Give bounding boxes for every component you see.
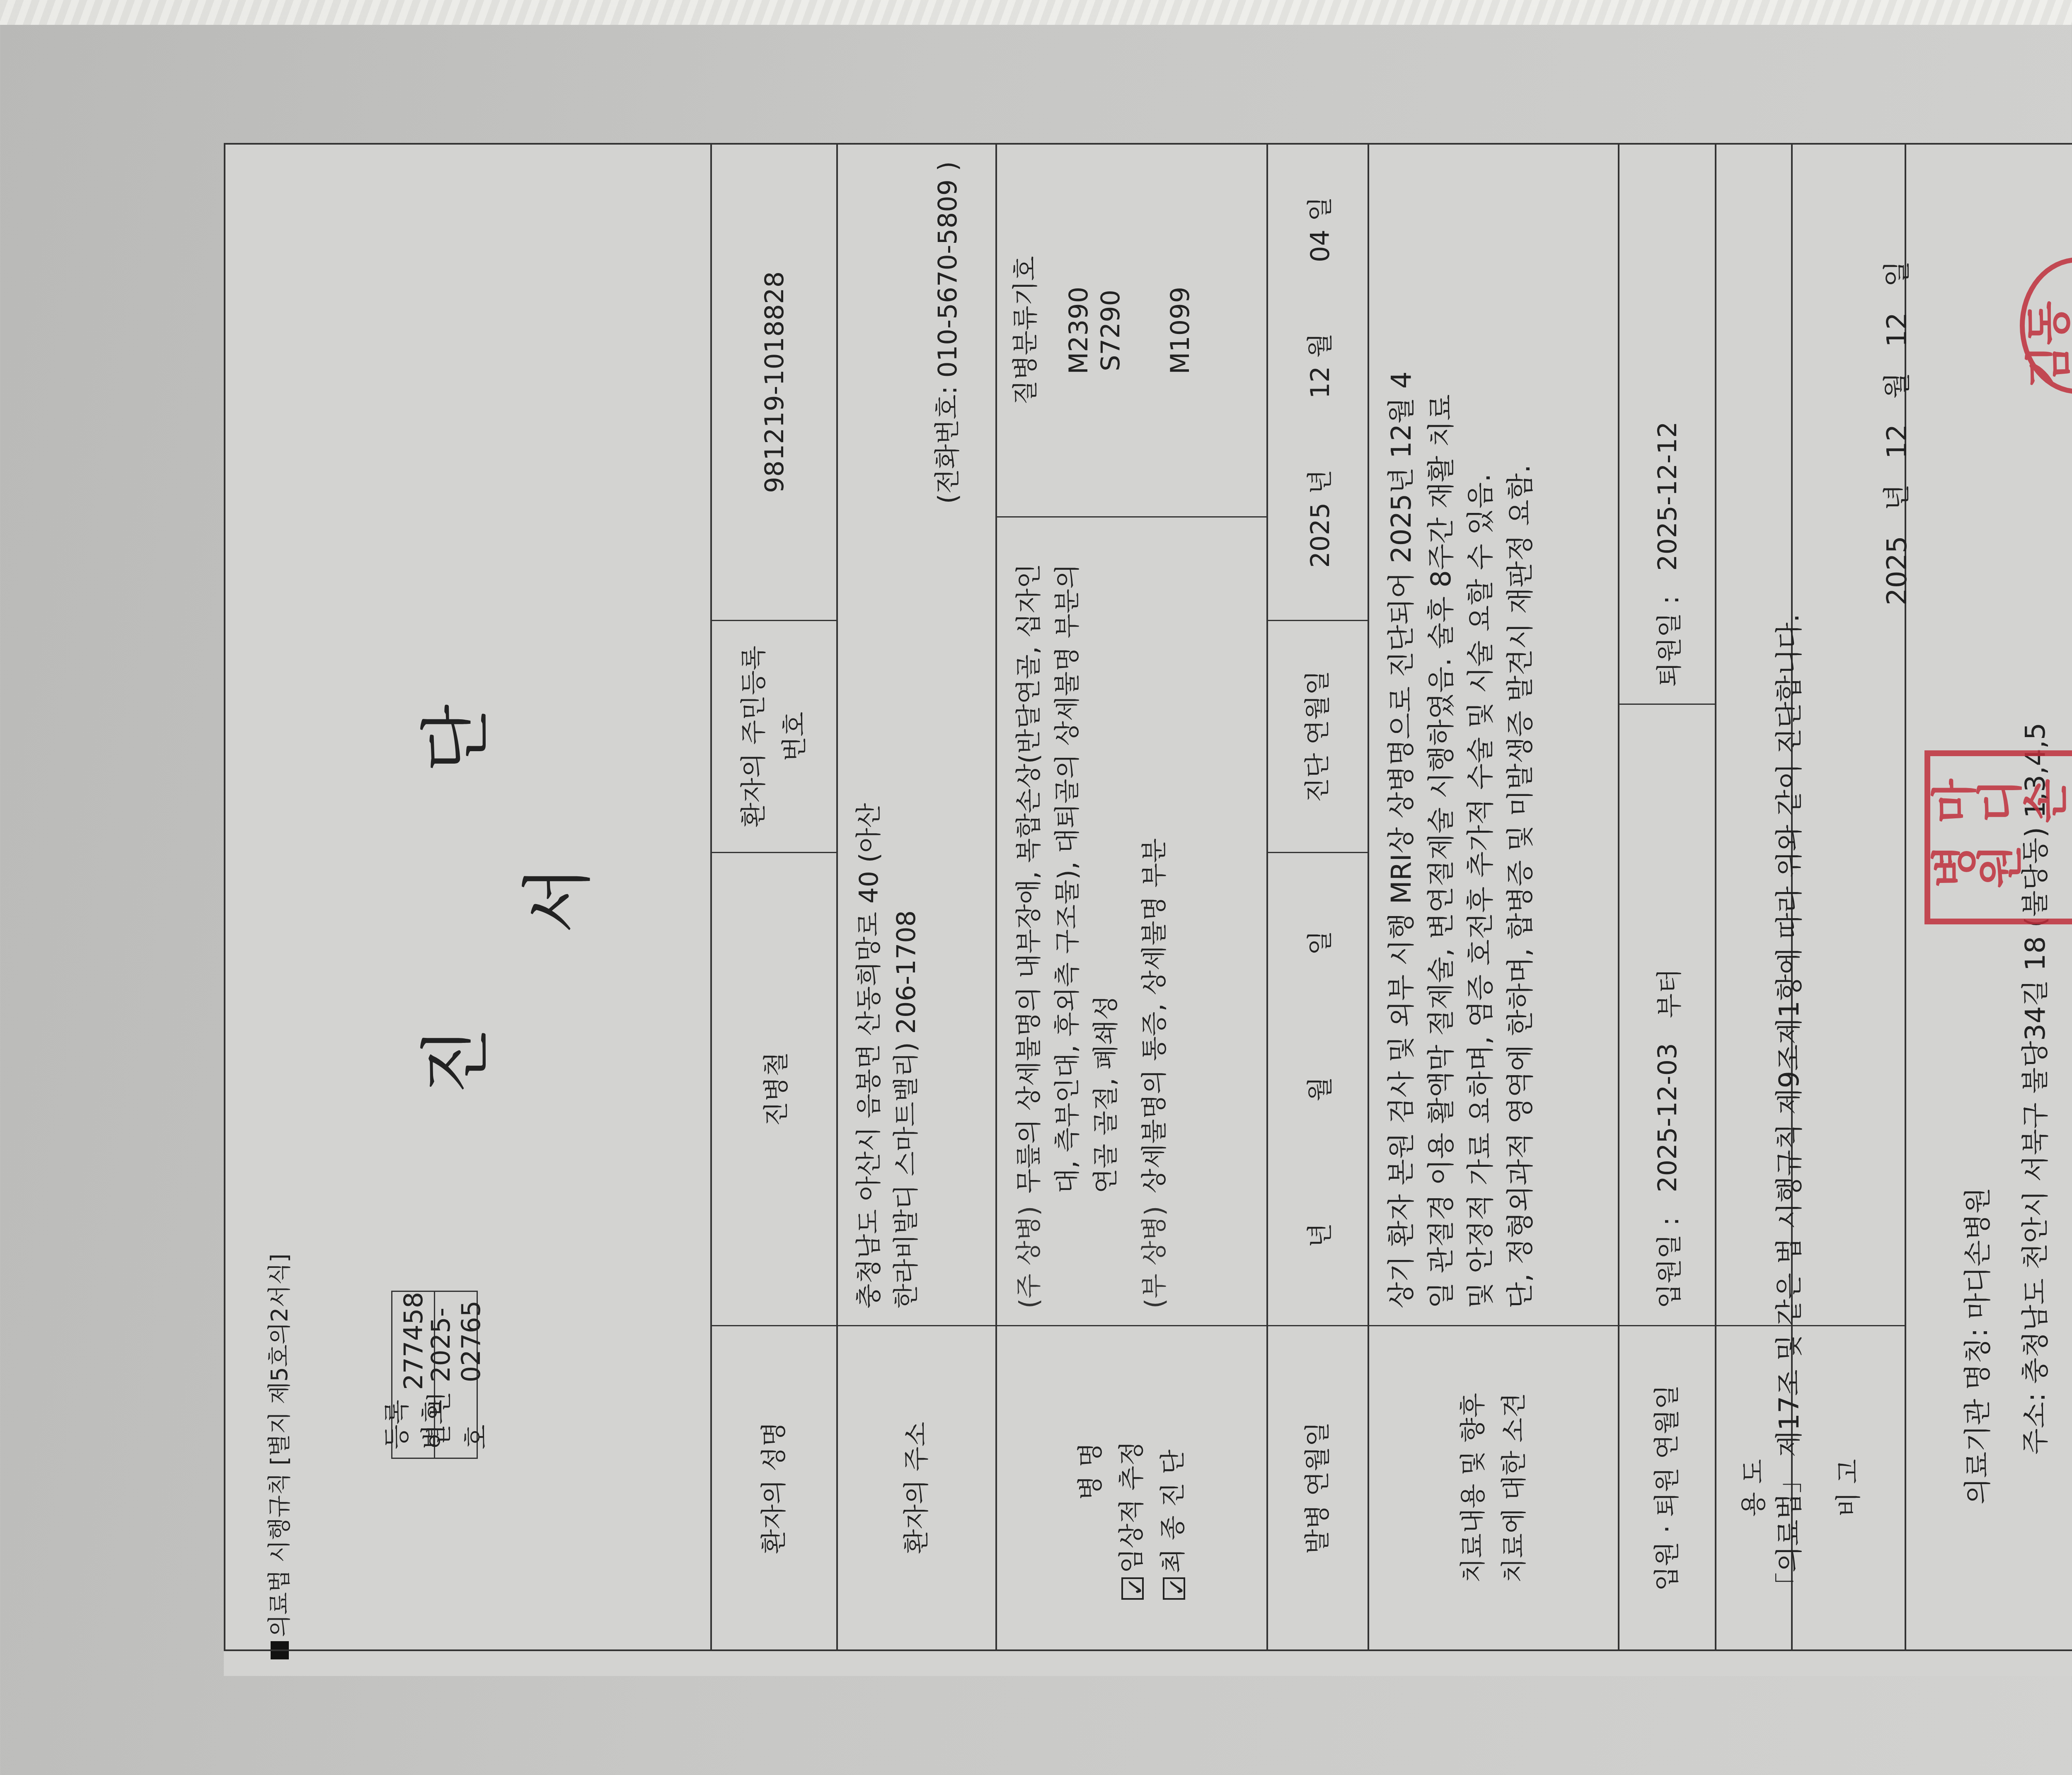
patient-phone: (전화번호: 010-5670-5809 ) <box>929 161 966 1308</box>
diagnosis-date-label: 진단 연월일 <box>1268 621 1368 853</box>
diagnosis-text: (주 상병) 무릎의 상세불명의 내부장애, 복합손상(반달연골, 십자인대, … <box>997 518 1266 1326</box>
patient-address-row: 환자의 주소 충청남도 아산시 음봉면 산동희망로 40 (아산 한라비발디 스… <box>836 145 995 1649</box>
admission-row: 입원 · 퇴원 연월일 입원일 : 2025-12-03 부터 퇴원일 : 20… <box>1618 145 1715 1649</box>
registration-box: 등록번호277458 연 번 호2025-02765 <box>391 1291 478 1459</box>
patient-name: 진병철 <box>712 853 836 1326</box>
main-diagnosis: (주 상병) 무릎의 상세불명의 내부장애, 복합손상(반달연골, 십자인대, … <box>1009 534 1125 1308</box>
patient-name-label: 환자의 성명 <box>712 1326 836 1649</box>
patient-rrn: 981219-1018828 <box>712 145 836 621</box>
admission-in: 입원일 : 2025-12-03 부터 <box>1619 705 1715 1326</box>
doctor-type-dentist[interactable]: 치과의사 <box>2064 1144 2072 1276</box>
sub-code-1: M1099 <box>1164 161 1196 500</box>
patient-address-label: 환자의 주소 <box>838 1326 995 1649</box>
diagnosis-date: 2025 년 12 월 04 일 <box>1268 145 1368 621</box>
main-code-1: M2390 <box>1063 161 1095 500</box>
onset-date: 년 월 일 <box>1268 853 1368 1326</box>
onset-date-label: 발병 연월일 <box>1268 1326 1368 1649</box>
remarks-label: 비 고 <box>1793 1326 1905 1649</box>
admission-out: 퇴원일 : 2025-12-12 <box>1619 145 1715 705</box>
institution-name: 마디손병원 <box>1949 1187 2007 1319</box>
dates-row: 발병 연월일 년 월 일 진단 연월일 2025 년 12 월 04 일 <box>1266 145 1368 1649</box>
diagnosis-label: 병 명 <box>1070 1442 1111 1500</box>
opinion-row: 치료내용 및 향후 치료에 대한 소견 상기 환자 본원 검사 및 외부 시행 … <box>1368 145 1618 1649</box>
doctor-type-oriental[interactable]: 한의사 <box>2064 1030 2072 1135</box>
serial-no: 2025-02765 <box>426 1292 486 1382</box>
clinical-estimate-option[interactable]: 임상적 추정 <box>1111 1441 1152 1600</box>
main-code-2: S7290 <box>1094 161 1127 500</box>
certificate-table: 환자의 성명 진병철 환자의 주민등록번호 981219-1018828 환자의… <box>710 145 1906 1649</box>
hospital-seal-stamp: 마디손병원 <box>1924 750 2072 924</box>
admission-label: 입원 · 퇴원 연월일 <box>1619 1326 1715 1649</box>
diagnosis-row: 병 명 임상적 추정 최 종 진 단 (주 상병) 무릎의 상세불명의 내부장애… <box>995 145 1266 1649</box>
opinion-label: 치료내용 및 향후 치료에 대한 소견 <box>1369 1326 1618 1649</box>
doctor-type-doctor[interactable]: 의사 <box>2064 1284 2072 1364</box>
page-title: 진 단 서 <box>399 510 603 1173</box>
disease-codes: 질병분류기호 M2390 S7290 M1099 <box>997 145 1266 518</box>
background-glare <box>0 0 2072 25</box>
license-number: 75019 <box>2064 570 2072 657</box>
clinical-estimate-checkbox[interactable] <box>1121 1577 1144 1600</box>
doctor-seal-stamp: 김동규 <box>2020 257 2072 394</box>
patient-name-row: 환자의 성명 진병철 환자의 주민등록번호 981219-1018828 <box>710 145 836 1649</box>
code-header: 질병분류기호 <box>1009 161 1042 500</box>
certification-statement: 「의료법」 제17조 및 같은 법 시행규칙 제9조제1항에 따라 위와 같이 … <box>1767 614 1806 1600</box>
serial-no-label: 연 번 호 <box>419 1382 493 1449</box>
sub-diagnosis: (부 상병) 상세불명의 통증, 상세불명 부분 <box>1135 534 1174 1308</box>
final-diagnosis-checkbox[interactable] <box>1163 1577 1185 1600</box>
opinion-text: 상기 환자 본원 검사 및 외부 시행 MRI상 상병명으로 진단되어 2025… <box>1369 145 1618 1326</box>
certificate-frame: 등록번호277458 연 번 호2025-02765 진 단 서 환자의 성명 … <box>224 143 2072 1651</box>
diagnosis-certificate: 의료법 시행규칙 [별지 제5호의2서식] 등록번호277458 연 번 호20… <box>224 143 2072 1676</box>
reg-no: 277458 <box>398 1292 428 1390</box>
final-diagnosis-option[interactable]: 최 종 진 단 <box>1152 1449 1193 1600</box>
issue-date: 2025 년 12 월 12 일 <box>1875 261 1914 605</box>
diagnosis-label-cell: 병 명 임상적 추정 최 종 진 단 <box>997 1326 1266 1649</box>
patient-rrn-label: 환자의 주민등록번호 <box>712 621 836 853</box>
patient-address: 충청남도 아산시 음봉면 산동희망로 40 (아산 한라비발디 스마트밸리) 2… <box>838 145 995 1326</box>
